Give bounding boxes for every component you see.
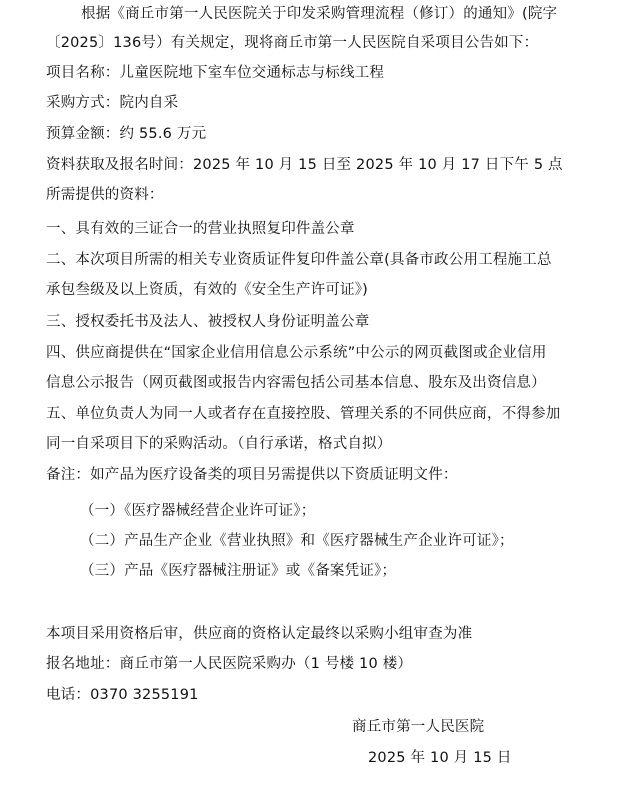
requirement-item: 一、具有效的三证合一的营业执照复印件盖公章 — [46, 219, 355, 239]
requirement-item: 信息公示报告（网页截图或报告内容需包括公司基本信息、股东及出资信息） — [46, 373, 546, 393]
project-name: 项目名称：儿童医院地下室车位交通标志与标线工程 — [46, 63, 384, 83]
intro-line-2: 〔2025〕136号）有关规定，现将商丘市第一人民医院自采项目公告如下： — [46, 33, 538, 53]
requirement-item: 承包叁级及以上资质，有效的《安全生产许可证》) — [46, 280, 368, 300]
requirement-item: 三、授权委托书及法人、被授权人身份证明盖公章 — [46, 312, 369, 332]
requirement-item: 四、供应商提供在“国家企业信用信息公示系统”中公示的网页截图或企业信用 — [46, 343, 547, 363]
intro-line-1: 根据《商丘市第一人民医院关于印发采购管理流程（修订）的通知》(院字 — [81, 4, 557, 24]
note-item: （二）产品生产企业《营业执照》和《医疗器械生产企业许可证》； — [80, 531, 514, 551]
note-item: （三）产品《医疗器械注册证》或《备案凭证》； — [80, 561, 396, 581]
signature: 商丘市第一人民医院 — [352, 717, 484, 737]
budget: 预算金额：约 55.6 万元 — [46, 124, 206, 144]
registration-address: 报名地址：商丘市第一人民医院采购办（1 号楼 10 楼） — [46, 654, 412, 674]
signature-date: 2025 年 10 月 15 日 — [368, 748, 512, 768]
requirement-item: 二、本次项目所需的相关专业资质证件复印件盖公章(具备市政公用工程施工总 — [46, 250, 552, 270]
registration-time: 资料获取及报名时间：2025 年 10 月 15 日至 2025 年 10 月 … — [46, 155, 563, 175]
materials-heading: 所需提供的资料： — [46, 185, 164, 205]
review-statement: 本项目采用资格后审，供应商的资格认定最终以采购小组审查为准 — [46, 624, 472, 644]
requirement-item: 同一自采项目下的采购活动。（自行承诺，格式自拟） — [46, 434, 392, 454]
requirement-item: 五、单位负责人为同一人或者存在直接控股、管理关系的不同供应商，不得参加 — [46, 404, 561, 424]
note: 备注：如产品为医疗设备类的项目另需提供以下资质证明文件： — [46, 465, 458, 485]
phone: 电话：0370 3255191 — [46, 685, 199, 705]
note-item: （一）《医疗器械经营企业许可证》； — [80, 501, 315, 521]
procurement-method: 采购方式：院内自采 — [46, 93, 178, 113]
